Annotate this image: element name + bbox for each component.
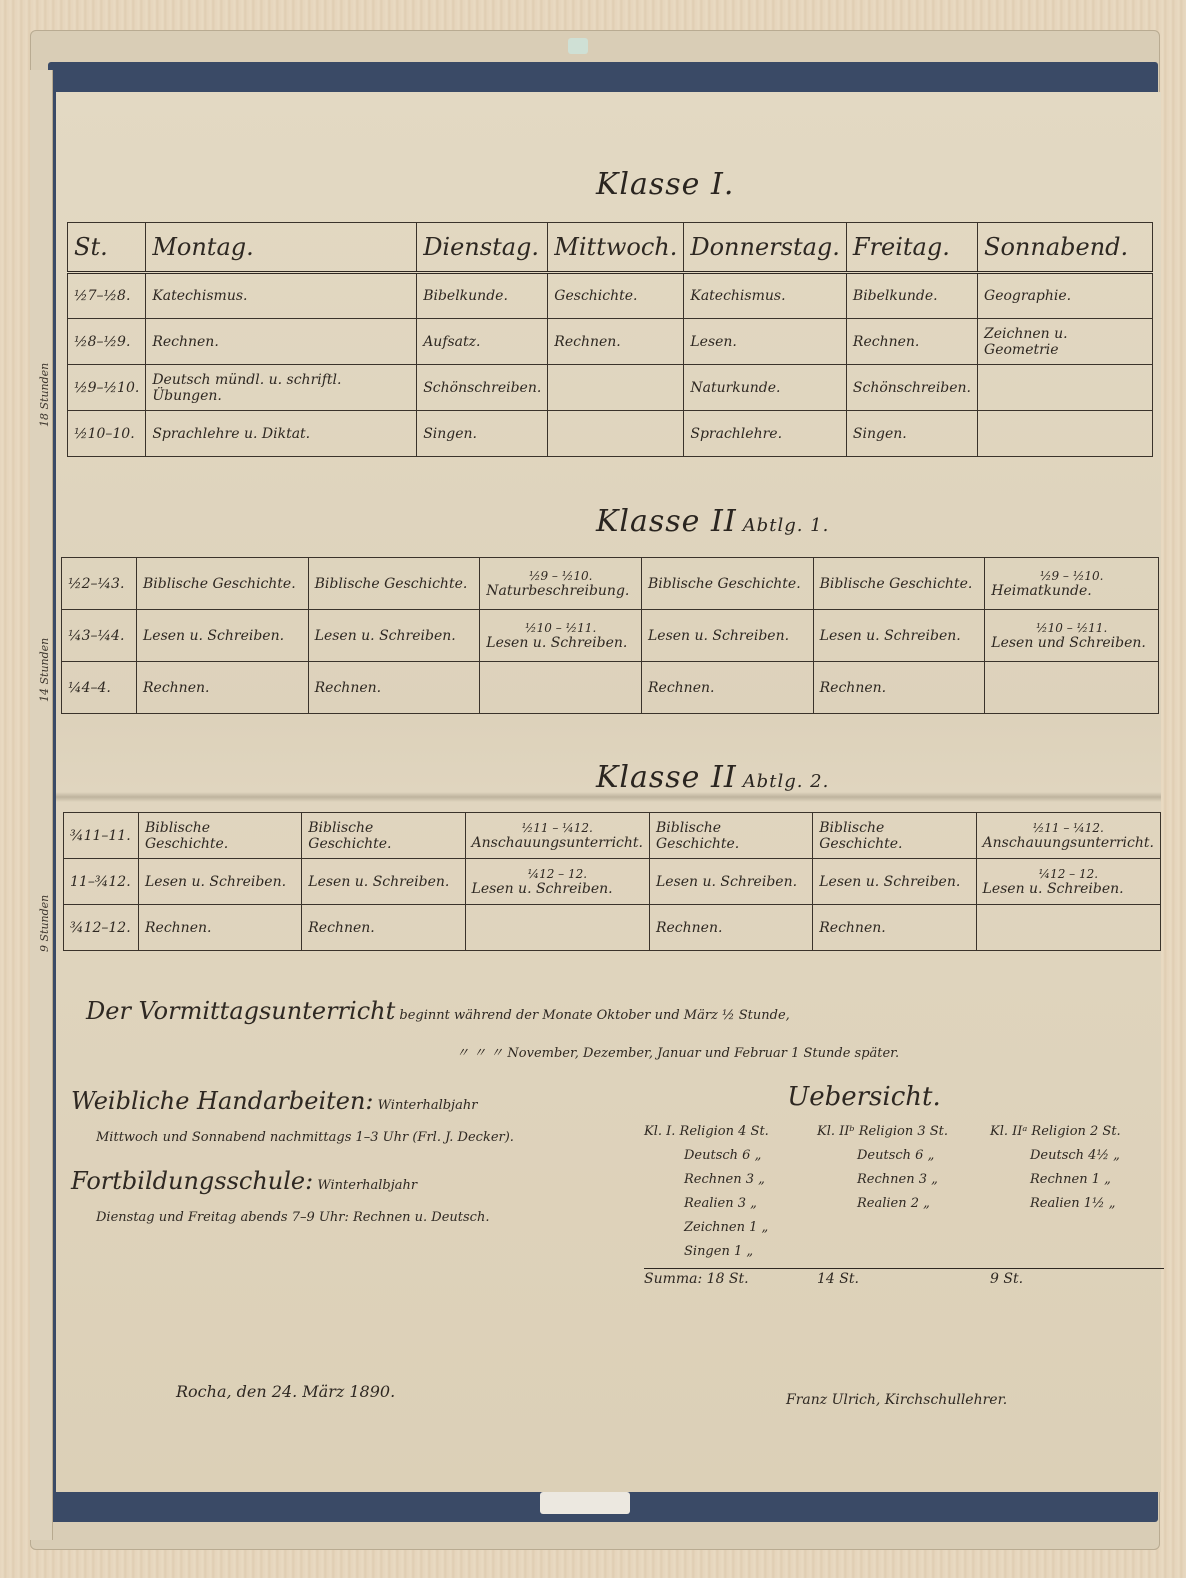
hour-cell: ¼3–¼4. <box>62 610 137 662</box>
lesson-cell <box>978 365 1153 411</box>
timetable-page: Klasse I. 18 Stunden St. Montag. Diensta… <box>56 92 1161 1492</box>
hour-cell: ¾12–12. <box>64 905 139 951</box>
lesson-subject: Lesen u. Schreiben. <box>983 881 1154 897</box>
lesson-cell: Rechnen. <box>139 905 302 951</box>
table-row: ¼4–4.Rechnen.Rechnen.Rechnen.Rechnen. <box>62 662 1159 714</box>
paper-seal <box>540 1492 630 1514</box>
margin-note-class-1: 18 Stunden <box>38 363 51 427</box>
lesson-cell <box>978 411 1153 457</box>
lesson-subject: Rechnen. <box>143 680 302 696</box>
lesson-subject: Rechnen. <box>152 334 410 350</box>
class-title-text: Klasse II <box>596 760 737 795</box>
table-row: ½7–½8.Katechismus.Bibelkunde.Geschichte.… <box>68 273 1153 319</box>
lesson-cell: ½9 – ½10.Naturbeschreibung. <box>480 558 642 610</box>
lesson-subject: Lesen u. Schreiben. <box>143 628 302 644</box>
overview-subject-hours: Rechnen 3 „ <box>817 1168 990 1192</box>
hour-cell: ¼4–4. <box>62 662 137 714</box>
lesson-subject: Rechnen. <box>656 920 806 936</box>
table-row: ½8–½9.Rechnen.Aufsatz.Rechnen.Lesen.Rech… <box>68 319 1153 365</box>
lesson-cell: Schönschreiben. <box>846 365 977 411</box>
lesson-subject: Rechnen. <box>315 680 474 696</box>
lesson-cell <box>985 662 1159 714</box>
header-saturday: Sonnabend. <box>978 223 1153 273</box>
continuation-school-season: Winterhalbjahr <box>317 1178 417 1193</box>
lesson-subject: Aufsatz. <box>423 334 541 350</box>
place-and-date: Rocha, den 24. März 1890. <box>176 1382 395 1401</box>
lesson-cell: Lesen u. Schreiben. <box>649 859 812 905</box>
lesson-cell: Lesen u. Schreiben. <box>302 859 465 905</box>
lesson-subject: Lesen u. Schreiben. <box>819 874 969 890</box>
header-friday: Freitag. <box>846 223 977 273</box>
lesson-subject: Geschichte. <box>554 288 677 304</box>
header-hour: St. <box>68 223 146 273</box>
lesson-subject: Singen. <box>423 426 541 442</box>
overview-columns: Kl. I. Religion 4 St.Deutsch 6 „Rechnen … <box>644 1120 1164 1264</box>
lesson-cell: ¼12 – 12.Lesen u. Schreiben. <box>465 859 649 905</box>
lesson-cell: Geschichte. <box>548 273 684 319</box>
lesson-time: ½11 – ¼12. <box>472 821 643 835</box>
overview-sums: Summa: 18 St.14 St.9 St. <box>644 1268 1164 1287</box>
lesson-cell: Rechnen. <box>302 905 465 951</box>
lesson-subject: Lesen u. Schreiben. <box>145 874 295 890</box>
overview-sum: 14 St. <box>817 1271 990 1287</box>
lesson-cell: ½10 – ½11.Lesen u. Schreiben. <box>480 610 642 662</box>
lesson-cell: Lesen u. Schreiben. <box>813 610 985 662</box>
lesson-subject: Schönschreiben. <box>423 380 541 396</box>
lesson-subject: Geographie. <box>984 288 1146 304</box>
overview-subject-hours: Realien 2 „ <box>817 1192 990 1216</box>
hour-cell: ¾11–11. <box>64 813 139 859</box>
lesson-cell: Sprachlehre. <box>684 411 847 457</box>
lesson-subject: Lesen. <box>690 334 840 350</box>
lesson-subject: Sprachlehre u. Diktat. <box>152 426 410 442</box>
lesson-subject: Biblische Geschichte. <box>145 820 295 852</box>
lesson-cell: Aufsatz. <box>417 319 548 365</box>
lesson-subject: Rechnen. <box>145 920 295 936</box>
lesson-cell: Lesen u. Schreiben. <box>139 859 302 905</box>
continuation-school-label: Fortbildungsschule: <box>71 1167 313 1195</box>
header-wednesday: Mittwoch. <box>548 223 684 273</box>
header-monday: Montag. <box>146 223 417 273</box>
lesson-cell: Biblische Geschichte. <box>642 558 814 610</box>
hour-cell: 11–¾12. <box>64 859 139 905</box>
lesson-cell: Lesen u. Schreiben. <box>642 610 814 662</box>
lesson-subject: Anschauungsunterricht. <box>983 835 1154 851</box>
lesson-time: ½10 – ½11. <box>486 621 635 635</box>
hour-cell: ½9–½10. <box>68 365 146 411</box>
overview-column-head: Kl. IIᵃ Religion 2 St. <box>990 1120 1163 1144</box>
lesson-cell: Naturkunde. <box>684 365 847 411</box>
table-row: ½10–10.Sprachlehre u. Diktat.Singen.Spra… <box>68 411 1153 457</box>
handwork-note: Weibliche Handarbeiten: Winterhalbjahr <box>71 1087 477 1115</box>
continuation-school-detail: Dienstag und Freitag abends 7–9 Uhr: Rec… <box>96 1210 489 1225</box>
lesson-cell: Schönschreiben. <box>417 365 548 411</box>
lesson-cell: Rechnen. <box>308 662 480 714</box>
table-row: 11–¾12.Lesen u. Schreiben.Lesen u. Schre… <box>64 859 1161 905</box>
lesson-time: ½9 – ½10. <box>991 569 1152 583</box>
handwork-label: Weibliche Handarbeiten: <box>71 1087 374 1115</box>
lesson-cell: Zeichnen u. Geometrie <box>978 319 1153 365</box>
lesson-cell: Katechismus. <box>146 273 417 319</box>
lesson-time: ½9 – ½10. <box>486 569 635 583</box>
lesson-subject: Deutsch mündl. u. schriftl. Übungen. <box>152 372 410 404</box>
lesson-subject: Rechnen. <box>819 920 969 936</box>
class-2-div-2-timetable: ¾11–11.Biblische Geschichte.Biblische Ge… <box>63 812 1161 951</box>
signature: Franz Ulrich, Kirchschullehrer. <box>786 1392 1007 1408</box>
overview-subject-hours: Rechnen 3 „ <box>644 1168 817 1192</box>
hours-overview: Uebersicht. Kl. I. Religion 4 St.Deutsch… <box>644 1082 1164 1287</box>
overview-subject-hours: Realien 1½ „ <box>990 1192 1163 1216</box>
hour-cell: ½2–¼3. <box>62 558 137 610</box>
overview-column-head: Kl. I. Religion 4 St. <box>644 1120 817 1144</box>
lesson-subject: Lesen und Schreiben. <box>991 635 1152 651</box>
lesson-subject: Rechnen. <box>853 334 971 350</box>
continuation-school-note: Fortbildungsschule: Winterhalbjahr <box>71 1167 417 1195</box>
lesson-subject: Zeichnen u. Geometrie <box>984 326 1146 358</box>
green-label-tab <box>568 38 588 54</box>
class-2-div-2-title: Klasse IIAbtlg. 2. <box>596 760 829 795</box>
overview-column-head: Kl. IIᵇ Religion 3 St. <box>817 1120 990 1144</box>
morning-lessons-note: Der Vormittagsunterricht beginnt während… <box>86 997 790 1025</box>
lesson-subject: Bibelkunde. <box>423 288 541 304</box>
left-cover-flap <box>30 70 53 1540</box>
lesson-subject: Rechnen. <box>648 680 807 696</box>
overview-sum: Summa: 18 St. <box>644 1271 817 1287</box>
lesson-subject: Biblische Geschichte. <box>819 820 969 852</box>
lesson-cell: Lesen u. Schreiben. <box>137 610 309 662</box>
class-title-text: Klasse I. <box>596 167 734 202</box>
lesson-cell: Singen. <box>846 411 977 457</box>
header-thursday: Donnerstag. <box>684 223 847 273</box>
morning-lessons-label: Der Vormittagsunterricht <box>86 997 395 1025</box>
morning-lessons-line-1: beginnt während der Monate Oktober und M… <box>399 1008 789 1023</box>
lesson-subject: Katechismus. <box>152 288 410 304</box>
margin-note-class-2-div-2: 9 Stunden <box>38 895 51 952</box>
lesson-cell <box>465 905 649 951</box>
lesson-cell: Biblische Geschichte. <box>137 558 309 610</box>
overview-subject-hours: Zeichnen 1 „ <box>644 1216 817 1240</box>
lesson-cell: Biblische Geschichte. <box>308 558 480 610</box>
margin-note-class-2-div-1: 14 Stunden <box>38 638 51 702</box>
lesson-subject: Rechnen. <box>308 920 458 936</box>
lesson-cell <box>976 905 1160 951</box>
table-row: ¾12–12.Rechnen.Rechnen.Rechnen.Rechnen. <box>64 905 1161 951</box>
lesson-cell: Geographie. <box>978 273 1153 319</box>
class-1-timetable: St. Montag. Dienstag. Mittwoch. Donnerst… <box>67 222 1153 457</box>
lesson-time: ¼12 – 12. <box>983 867 1154 881</box>
lesson-subject: Biblische Geschichte. <box>315 576 474 592</box>
lesson-cell: ½11 – ¼12.Anschauungsunterricht. <box>976 813 1160 859</box>
lesson-subject: Sprachlehre. <box>690 426 840 442</box>
lesson-subject: Rechnen. <box>554 334 677 350</box>
lesson-subject: Lesen u. Schreiben. <box>486 635 635 651</box>
lesson-cell: Lesen u. Schreiben. <box>308 610 480 662</box>
overview-subject-hours: Deutsch 4½ „ <box>990 1144 1163 1168</box>
lesson-cell: Biblische Geschichte. <box>813 558 985 610</box>
lesson-cell: Rechnen. <box>548 319 684 365</box>
lesson-cell <box>548 365 684 411</box>
class-2-div-1-title: Klasse IIAbtlg. 1. <box>596 504 829 539</box>
lesson-time: ½10 – ½11. <box>991 621 1152 635</box>
lesson-cell: Biblische Geschichte. <box>649 813 812 859</box>
lesson-time: ¼12 – 12. <box>472 867 643 881</box>
lesson-subject: Singen. <box>853 426 971 442</box>
overview-sum: 9 St. <box>990 1271 1163 1287</box>
lesson-subject: Bibelkunde. <box>853 288 971 304</box>
lesson-cell: ½9 – ½10.Heimatkunde. <box>985 558 1159 610</box>
lesson-cell: Biblische Geschichte. <box>302 813 465 859</box>
lesson-cell: ½11 – ¼12.Anschauungsunterricht. <box>465 813 649 859</box>
lesson-cell: Rechnen. <box>649 905 812 951</box>
lesson-cell: Deutsch mündl. u. schriftl. Übungen. <box>146 365 417 411</box>
header-row: St. Montag. Dienstag. Mittwoch. Donnerst… <box>68 223 1153 273</box>
table-row: ½2–¼3.Biblische Geschichte.Biblische Ges… <box>62 558 1159 610</box>
hour-cell: ½7–½8. <box>68 273 146 319</box>
overview-title: Uebersicht. <box>564 1082 1164 1112</box>
overview-column: Kl. IIᵃ Religion 2 St.Deutsch 4½ „Rechne… <box>990 1120 1163 1264</box>
lesson-cell: ½10 – ½11.Lesen und Schreiben. <box>985 610 1159 662</box>
overview-subject-hours: Deutsch 6 „ <box>644 1144 817 1168</box>
overview-subject-hours: Realien 3 „ <box>644 1192 817 1216</box>
lesson-subject: Rechnen. <box>820 680 979 696</box>
lesson-cell: Rechnen. <box>137 662 309 714</box>
overview-subject-hours: Singen 1 „ <box>644 1240 817 1264</box>
hour-cell: ½10–10. <box>68 411 146 457</box>
lesson-cell: ¼12 – 12.Lesen u. Schreiben. <box>976 859 1160 905</box>
lesson-subject: Biblische Geschichte. <box>656 820 806 852</box>
lesson-cell: Lesen. <box>684 319 847 365</box>
class-2-div-1-timetable: ½2–¼3.Biblische Geschichte.Biblische Ges… <box>61 557 1159 714</box>
class-title-text: Klasse II <box>596 504 737 539</box>
lesson-subject: Biblische Geschichte. <box>143 576 302 592</box>
lesson-subject: Biblische Geschichte. <box>308 820 458 852</box>
class-subtitle-text: Abtlg. 1. <box>743 515 830 536</box>
lesson-cell <box>480 662 642 714</box>
lesson-subject: Anschauungsunterricht. <box>472 835 643 851</box>
lesson-subject: Biblische Geschichte. <box>648 576 807 592</box>
class-subtitle-text: Abtlg. 2. <box>743 771 830 792</box>
lesson-subject: Katechismus. <box>690 288 840 304</box>
lesson-cell: Bibelkunde. <box>417 273 548 319</box>
lesson-cell: Rechnen. <box>642 662 814 714</box>
lesson-cell: Rechnen. <box>813 662 985 714</box>
overview-column: Kl. IIᵇ Religion 3 St.Deutsch 6 „Rechnen… <box>817 1120 990 1264</box>
lesson-cell: Rechnen. <box>813 905 976 951</box>
table-row: ¾11–11.Biblische Geschichte.Biblische Ge… <box>64 813 1161 859</box>
class-1-title: Klasse I. <box>596 167 734 202</box>
lesson-cell: Biblische Geschichte. <box>813 813 976 859</box>
lesson-subject: Lesen u. Schreiben. <box>820 628 979 644</box>
lesson-cell: Singen. <box>417 411 548 457</box>
lesson-cell: Bibelkunde. <box>846 273 977 319</box>
lesson-subject: Heimatkunde. <box>991 583 1152 599</box>
lesson-cell: Lesen u. Schreiben. <box>813 859 976 905</box>
table-row: ½9–½10.Deutsch mündl. u. schriftl. Übung… <box>68 365 1153 411</box>
lesson-subject: Naturkunde. <box>690 380 840 396</box>
lesson-cell <box>548 411 684 457</box>
handwork-detail: Mittwoch und Sonnabend nachmittags 1–3 U… <box>96 1130 514 1145</box>
morning-lessons-line-2: 〃 〃 〃 November, Dezember, Januar und Feb… <box>456 1042 899 1061</box>
lesson-subject: Lesen u. Schreiben. <box>656 874 806 890</box>
lesson-cell: Rechnen. <box>146 319 417 365</box>
lesson-cell: Katechismus. <box>684 273 847 319</box>
hour-cell: ½8–½9. <box>68 319 146 365</box>
overview-subject-hours: Rechnen 1 „ <box>990 1168 1163 1192</box>
table-row: ¼3–¼4.Lesen u. Schreiben.Lesen u. Schrei… <box>62 610 1159 662</box>
header-tuesday: Dienstag. <box>417 223 548 273</box>
lesson-cell: Biblische Geschichte. <box>139 813 302 859</box>
lesson-subject: Biblische Geschichte. <box>820 576 979 592</box>
lesson-cell: Rechnen. <box>846 319 977 365</box>
lesson-subject: Lesen u. Schreiben. <box>648 628 807 644</box>
overview-subject-hours: Deutsch 6 „ <box>817 1144 990 1168</box>
lesson-time: ½11 – ¼12. <box>983 821 1154 835</box>
lesson-subject: Lesen u. Schreiben. <box>315 628 474 644</box>
lesson-subject: Schönschreiben. <box>853 380 971 396</box>
handwork-season: Winterhalbjahr <box>378 1098 478 1113</box>
lesson-cell: Sprachlehre u. Diktat. <box>146 411 417 457</box>
overview-column: Kl. I. Religion 4 St.Deutsch 6 „Rechnen … <box>644 1120 817 1264</box>
lesson-subject: Naturbeschreibung. <box>486 583 635 599</box>
lesson-subject: Lesen u. Schreiben. <box>308 874 458 890</box>
lesson-subject: Lesen u. Schreiben. <box>472 881 643 897</box>
